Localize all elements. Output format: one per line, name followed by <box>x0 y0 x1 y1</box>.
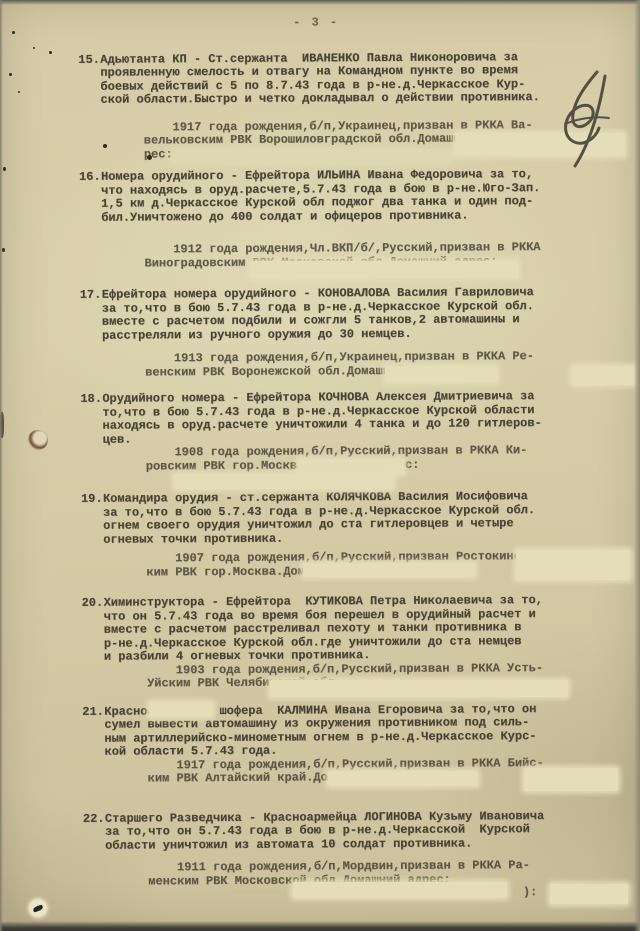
scan-edge-right <box>634 0 640 931</box>
redaction-block <box>149 702 213 717</box>
entry-number: 17. <box>80 289 103 380</box>
redaction-block <box>385 366 497 383</box>
paper-speck <box>147 155 152 160</box>
redaction-block <box>516 550 630 580</box>
entry-citation: Химинструктора - Ефрейтора КУТИКОВА Петр… <box>104 594 574 664</box>
entry-personal-details: 1913 года рождения,б/п,Украинец,призван … <box>145 350 572 380</box>
scan-edge-top <box>0 0 640 5</box>
entry-number: 22. <box>83 812 106 902</box>
redaction-block <box>524 768 618 791</box>
redaction-block <box>328 771 478 786</box>
redaction-block <box>298 459 404 474</box>
redaction-block <box>303 563 475 577</box>
entry-citation: Адьютанта КП - Ст.сержанта ИВАНЕНКО Павл… <box>100 50 570 107</box>
paper-speck <box>9 73 12 76</box>
paper-speck <box>33 47 35 49</box>
page-number: - 3 - <box>293 14 640 30</box>
entry-citation: Командира орудия - ст.сержанта КОЛЯЧКОВА… <box>103 490 573 547</box>
redaction-block <box>293 882 507 898</box>
entry-number: 16. <box>79 171 102 271</box>
paper-speck <box>103 144 107 148</box>
award-entry: 16. Номера орудийного - Ефрейтора ИЛЬИНА… <box>79 167 640 270</box>
entry-citation: Ефрейтора номера орудийного - КОНОВАЛОВА… <box>102 286 572 343</box>
entry-citation: Старшего Разведчика - Красноармейца ЛОГИ… <box>105 809 575 852</box>
hole-punch-mark <box>25 895 51 921</box>
entry-citation: Номера орудийного - Ефрейтора ИЛЬИНА Ива… <box>101 168 571 225</box>
redaction-block <box>172 150 452 163</box>
scan-edge-bottom <box>0 921 640 931</box>
redaction-block <box>174 474 394 489</box>
handwritten-signature-icon <box>535 66 635 171</box>
paper-speck <box>12 31 15 34</box>
entry-number: 19. <box>81 493 104 580</box>
hole-punch-mark <box>28 430 48 450</box>
entry-citation: Орудийного номера - Ефрейтора КОЧНОВА Ал… <box>102 390 572 447</box>
paper-speck <box>49 51 52 54</box>
entry-number: 15. <box>78 53 101 162</box>
redaction-block <box>550 884 628 904</box>
paper-speck <box>3 167 6 171</box>
scanned-document-page: - 3 - 15. Адьютанта КП - Ст.сержанта ИВА… <box>0 0 640 931</box>
entry-number: 21. <box>82 705 104 786</box>
redaction-block <box>270 680 568 697</box>
award-entry: 17. Ефрейтора номера орудийного - КОНОВА… <box>80 285 640 379</box>
entry-number: 20. <box>82 597 105 692</box>
redaction-block <box>252 261 518 278</box>
redaction-block <box>572 366 634 385</box>
scan-edge-left <box>0 0 3 931</box>
paper-speck <box>18 91 20 93</box>
award-entry: 20. Химинструктора - Ефрейтора КУТИКОВА … <box>82 593 640 691</box>
entry-number: 18. <box>80 393 102 474</box>
